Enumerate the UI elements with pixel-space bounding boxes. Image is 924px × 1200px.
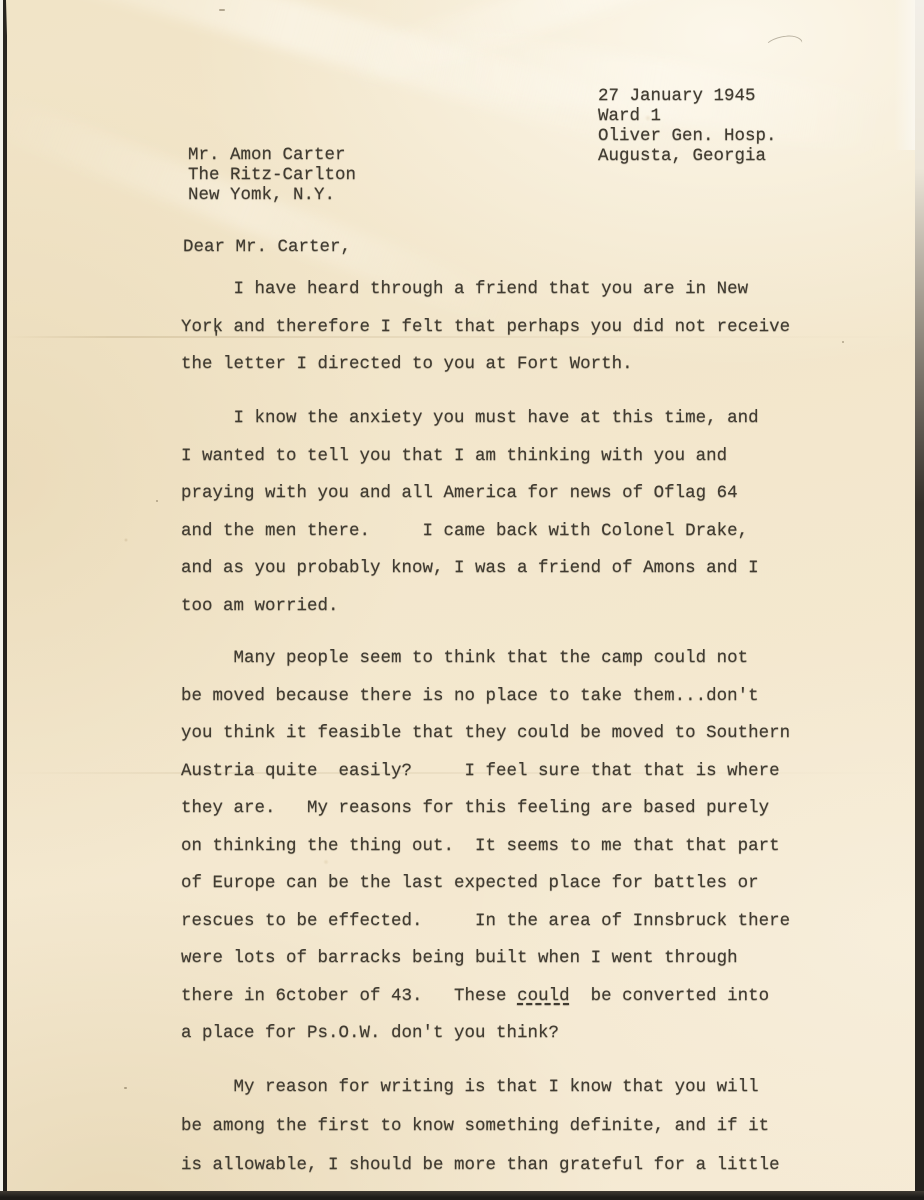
date-line: 27 January 1945 (598, 86, 777, 106)
light-streak (0, 0, 698, 164)
hospital-line: Oliver Gen. Hosp. (598, 126, 777, 146)
paper-speck (219, 9, 225, 11)
letter-line: they are. My reasons for this feeling ar… (181, 790, 790, 828)
paragraph-2: I know the anxiety you must have at this… (181, 400, 759, 625)
letter-line: I know the anxiety you must have at this… (181, 400, 759, 438)
letter-line: Many people seem to think that the camp … (181, 640, 790, 678)
letter-line-with-underline: there in 6ctober of 43. These could be c… (181, 978, 790, 1016)
underlined-word: could (517, 986, 570, 1006)
line-text: be converted into (570, 986, 770, 1006)
recipient-city: New Yomk, N.Y. (188, 185, 356, 205)
recipient-hotel: The Ritz-Carlton (188, 165, 356, 185)
paper-speck (842, 341, 844, 343)
letter-line: of Europe can be the last expected place… (181, 865, 790, 903)
letter-line: is allowable, I should be more than grat… (181, 1146, 780, 1185)
pencil-squiggle (762, 34, 803, 50)
paper-speck (156, 500, 158, 502)
ward-line: Ward 1 (598, 106, 777, 126)
letter-line: York and therefore I felt that perhaps y… (181, 309, 790, 347)
letter-line: My reason for writing is that I know tha… (181, 1068, 780, 1107)
letter-line: and the men there. I came back with Colo… (181, 513, 759, 551)
letter-line: be among the first to know something def… (181, 1107, 780, 1146)
line-text: there in 6ctober of 43. These (181, 986, 517, 1006)
paragraph-4: My reason for writing is that I know tha… (181, 1068, 780, 1185)
letter-line: Austria quite easily? I feel sure that t… (181, 753, 790, 791)
letter-line: the letter I directed to you at Fort Wor… (181, 346, 790, 384)
scanned-letter-page: 27 January 1945 Ward 1 Oliver Gen. Hosp.… (0, 0, 924, 1200)
letter-line: too am worried. (181, 588, 759, 626)
stray-typed-mark: ' (211, 329, 222, 349)
letter-line: I wanted to tell you that I am thinking … (181, 438, 759, 476)
letter-line: rescues to be effected. In the area of I… (181, 903, 790, 941)
letter-paper: 27 January 1945 Ward 1 Oliver Gen. Hosp.… (6, 0, 915, 1191)
scan-edge-right (915, 0, 924, 1200)
letter-line: praying with you and all America for new… (181, 475, 759, 513)
scan-edge-left-dark (3, 0, 7, 1200)
date-address-block: 27 January 1945 Ward 1 Oliver Gen. Hosp.… (598, 86, 777, 166)
salutation: Dear Mr. Carter, (183, 237, 351, 257)
recipient-name: Mr. Amon Carter (188, 145, 356, 165)
letter-line: a place for Ps.O.W. don't you think? (181, 1015, 790, 1053)
paper-speck (124, 1087, 127, 1089)
letter-line: and as you probably know, I was a friend… (181, 550, 759, 588)
letter-line: be moved because there is no place to ta… (181, 678, 790, 716)
scan-corner-highlight (887, 0, 915, 150)
letter-line: were lots of barracks being built when I… (181, 940, 790, 978)
recipient-address-block: Mr. Amon Carter The Ritz-Carlton New Yom… (188, 145, 356, 205)
paragraph-3: Many people seem to think that the camp … (181, 640, 790, 1053)
letter-line: you think it feasible that they could be… (181, 715, 790, 753)
letter-line: on thinking the thing out. It seems to m… (181, 828, 790, 866)
letter-line: I have heard through a friend that you a… (181, 271, 790, 309)
city-line: Augusta, Georgia (598, 146, 777, 166)
scan-edge-bottom (0, 1191, 924, 1200)
paragraph-1: I have heard through a friend that you a… (181, 271, 790, 384)
